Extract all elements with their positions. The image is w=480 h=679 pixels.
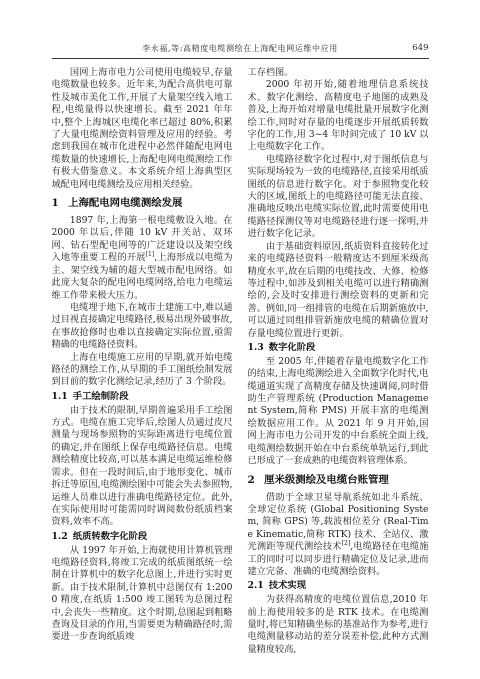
paragraph: 2000 年初开始,随着地理信息系统技术、数字化测绘、高精度电子地图的成熟及普及… <box>248 79 429 153</box>
paragraph: 1897 年,上海第一根电缆敷设入地。在 2000 年以后,伴随 10 kV 开… <box>52 215 233 302</box>
section-heading: 1上海配电网电缆测绘发展 <box>52 197 233 210</box>
citation-ref: [2] <box>342 540 351 547</box>
heading-text: 纸质转数字化阶段 <box>73 531 147 542</box>
running-title: 李永福,等:高精度电缆测绘在上海配电网运维中应用 <box>52 43 429 54</box>
paragraph: 电缆路径数字化过程中,对于图纸信息与实际现场较为一致的电缆路径,直接采用纸质图纸… <box>248 154 429 241</box>
header-rule <box>52 58 429 59</box>
paragraph: 工存档图。 <box>248 67 429 79</box>
heading-text: 厘米级测绘及电缆台账管理 <box>264 474 389 486</box>
citation-ref: [1] <box>146 251 155 258</box>
heading-text: 手工绘制阶段 <box>73 391 129 402</box>
heading-text: 上海配电网电缆测绘发展 <box>68 197 182 209</box>
section-heading: 2厘米级测绘及电缆台账管理 <box>248 474 429 487</box>
column-right: 工存档图。2000 年初开始,随着地理信息系统技术、数字化测绘、高精度电子地图的… <box>248 67 429 656</box>
paragraph: 借助于全球卫星导航系统如北斗系统、全球定位系统 (Global Position… <box>248 492 429 579</box>
paragraph: 由于基础资料原因,纸质资料直接转化过来的电缆路径资料一般精度达不到厘米级高精度水… <box>248 241 429 340</box>
paragraph: 至 2005 年,伴随着存量电缆数字化工作的结束,上海电缆测绘进入全面数字化时代… <box>248 356 429 468</box>
page-header: 李永福,等:高精度电缆测绘在上海配电网运维中应用 649 <box>52 43 429 56</box>
page-number: 649 <box>412 43 428 53</box>
heading-number: 1.3 <box>248 342 264 353</box>
paragraph: 电缆埋于地下,在城市土建施工中,难以通过目视直接确定电缆路径,极易出现外破事故,… <box>52 302 233 352</box>
heading-number: 1.2 <box>52 531 68 542</box>
heading-number: 1.1 <box>52 391 68 402</box>
subsection-heading: 1.3数字化阶段 <box>248 342 429 354</box>
paragraph: 由于技术的限制,早期普遍采用手工绘图方式。电缆在施工完毕后,绘图人员通过皮尺测量… <box>52 405 233 529</box>
paper-page: 李永福,等:高精度电缆测绘在上海配电网运维中应用 649 国网上海市电力公司使用… <box>52 0 429 656</box>
paragraph: 国网上海市电力公司使用电缆较早,存量电缆数量也较多。近年来,为配合高供电可靠性及… <box>52 67 233 191</box>
heading-number: 2.1 <box>248 580 264 591</box>
paragraph: 为获得高精度的电缆位置信息,2010 年前上海使用较多的是 RTK 技术。在电缆… <box>248 594 429 656</box>
heading-text: 技术实现 <box>269 580 306 591</box>
paragraph: 从 1997 年开始,上海就使用计算机管理电缆路径资料,将竣工完成的纸质图纸统一… <box>52 545 233 644</box>
paragraph: 上海在电缆施工应用的早期,就开始电缆路径的测绘工作,从早期的手工图纸绘制发展到目… <box>52 352 233 389</box>
column-left: 国网上海市电力公司使用电缆较早,存量电缆数量也较多。近年来,为配合高供电可靠性及… <box>52 67 233 656</box>
subsection-heading: 2.1技术实现 <box>248 580 429 592</box>
heading-text: 数字化阶段 <box>269 342 316 353</box>
subsection-heading: 1.1手工绘制阶段 <box>52 391 233 403</box>
subsection-heading: 1.2纸质转数字化阶段 <box>52 531 233 543</box>
text-columns: 国网上海市电力公司使用电缆较早,存量电缆数量也较多。近年来,为配合高供电可靠性及… <box>52 67 429 656</box>
heading-number: 2 <box>248 474 255 486</box>
heading-number: 1 <box>52 197 59 209</box>
